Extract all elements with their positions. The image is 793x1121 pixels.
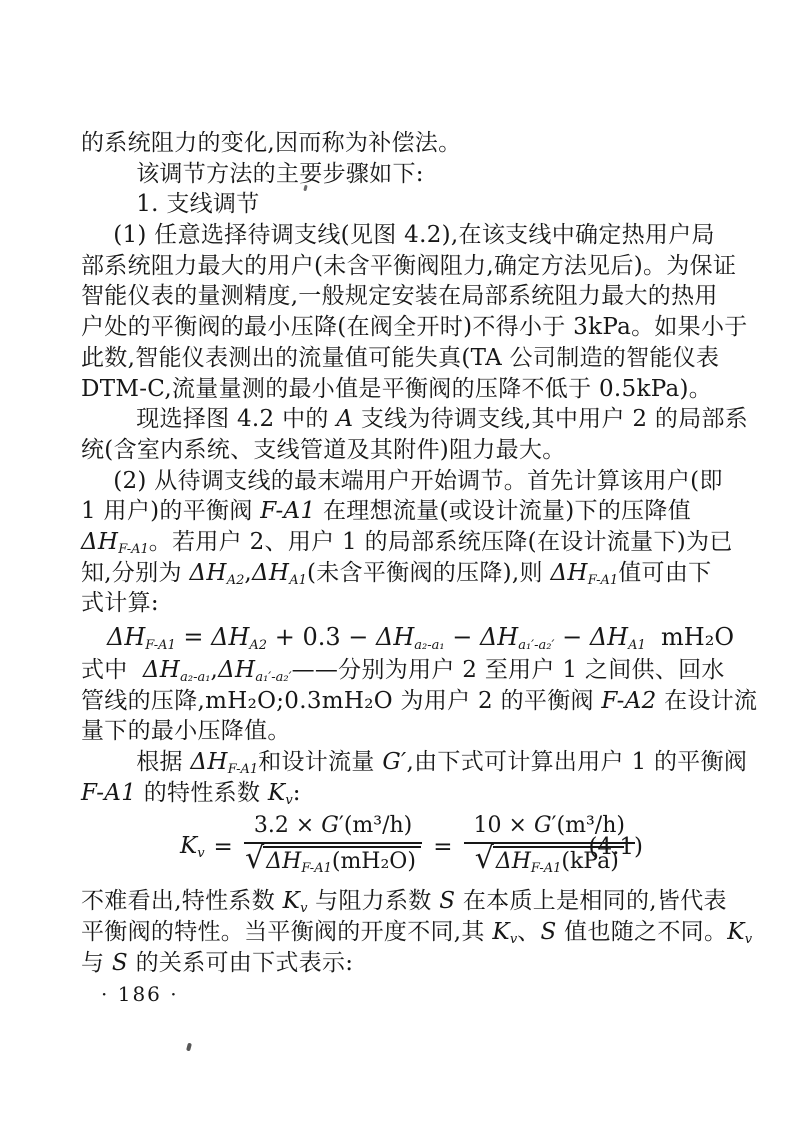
text-segment: ′(m³/h): [339, 813, 412, 838]
text-segment: =: [176, 623, 211, 651]
fraction-mh2o: 3.2 × G′(m³/h) √ ΔHF-A1(mH₂O): [244, 813, 422, 882]
math-variable: F-A2: [601, 688, 656, 714]
text-segment: 平衡阀的特性。当平衡阀的开度不同,其: [81, 919, 492, 945]
math-variable: K: [180, 833, 197, 859]
text-segment: 与阻力系数: [307, 888, 439, 914]
text-segment: 与: [81, 950, 112, 976]
text-segment: + 0.3 −: [267, 623, 376, 651]
math-variable: ΔH: [190, 749, 227, 775]
math-variable: ΔH: [143, 657, 180, 683]
text-segment: 的关系可由下式表示:: [128, 950, 353, 976]
text-line: 的系统阻力的变化,因而称为补偿法。: [81, 128, 721, 159]
scanned-book-page: 的系统阻力的变化,因而称为补偿法。该调节方法的主要步骤如下:1. 支线调节(1)…: [0, 0, 793, 1121]
text-segment: 。若用户 2、用户 1 的局部系统压降(在设计流量下)为已: [149, 529, 733, 555]
math-variable: S: [540, 919, 556, 945]
math-variable: ΔH: [211, 623, 249, 651]
subscript: F-A1: [301, 861, 332, 876]
formula-lhs: Kv: [180, 833, 205, 861]
math-variable: ΔH: [252, 560, 289, 586]
math-variable: ΔH: [496, 849, 531, 874]
subscript: a₁′-a₂′: [255, 670, 291, 685]
text-line: F-A1 的特性系数 Kv:: [81, 778, 721, 809]
radical-sign-icon: √: [245, 846, 264, 872]
text-segment: 式中: [81, 657, 143, 683]
equation-number: (4.1): [588, 834, 643, 860]
subscript: v: [285, 793, 292, 808]
display-equation: ΔHF-A1 = ΔHA2 + 0.3 − ΔHa₂-a₁ − ΔHa₁′-a₂…: [81, 619, 721, 655]
text-line: 该调节方法的主要步骤如下:: [81, 159, 721, 190]
text-segment: −: [445, 623, 480, 651]
math-variable: ΔH: [550, 560, 587, 586]
math-variable: S: [439, 888, 455, 914]
text-segment: 值可由下: [618, 560, 711, 586]
subscript: A1: [289, 573, 307, 588]
math-variable: ΔH: [218, 657, 255, 683]
text-segment: ——分别为用户 2 至用户 1 之间供、回水: [292, 657, 725, 683]
text-line: 管线的压降,mH₂O;0.3mH₂O 为用户 2 的平衡阀 F-A2 在设计流: [81, 686, 721, 717]
text-segment: 值也随之不同。: [557, 919, 728, 945]
formula-4-1: Kv = 3.2 × G′(m³/h) √ ΔHF-A1(mH₂O) = 10 …: [81, 808, 721, 886]
subscript: A1: [628, 638, 646, 653]
text-segment: 统(含室内系统、支线管道及其附件)阻力最大。: [81, 437, 566, 463]
text-segment: −: [554, 623, 589, 651]
text-line: 量下的最小压降值。: [81, 716, 721, 747]
text-segment: 在本质上是相同的,皆代表: [455, 888, 727, 914]
text-segment: DTM-C,流量量测的最小值是平衡阀的压降不低于 0.5kPa)。: [81, 376, 712, 402]
text-segment: 根据: [136, 749, 190, 775]
text-segment: mH₂O: [646, 623, 734, 651]
text-segment: 3.2 ×: [254, 813, 321, 838]
paragraphs-mid: 式中 ΔHa₂-a₁,ΔHa₁′-a₂′——分别为用户 2 至用户 1 之间供、…: [81, 655, 721, 808]
text-line: (2) 从待调支线的最末端用户开始调节。首先计算该用户(即: [81, 466, 721, 497]
subscript: F-A1: [118, 542, 149, 557]
subscript: v: [197, 846, 204, 861]
text-line: 此数,智能仪表测出的流量值可能失真(TA 公司制造的智能仪表: [81, 343, 721, 374]
equals-sign: =: [433, 834, 452, 860]
math-variable: F-A1: [81, 780, 136, 806]
math-variable: K: [268, 780, 285, 806]
math-variable: K: [283, 888, 300, 914]
text-line: 1 用户)的平衡阀 F-A1 在理想流量(或设计流量)下的压降值: [81, 496, 721, 527]
text-segment: :: [293, 780, 301, 806]
fraction-denominator: √ ΔHF-A1(mH₂O): [245, 846, 421, 882]
text-segment: 的系统阻力的变化,因而称为补偿法。: [81, 130, 461, 156]
math-variable: G: [321, 813, 339, 838]
text-line: 根据 ΔHF-A1和设计流量 G′,由下式可计算出用户 1 的平衡阀: [81, 747, 721, 778]
text-line: 平衡阀的特性。当平衡阀的开度不同,其 Kv、S 值也随之不同。Kv: [81, 917, 721, 948]
text-segment: 不难看出,特性系数: [81, 888, 283, 914]
text-line: 与 S 的关系可由下式表示:: [81, 948, 721, 979]
text-line: 统(含室内系统、支线管道及其附件)阻力最大。: [81, 435, 721, 466]
text-segment: (未含平衡阀的压降),则: [307, 560, 550, 586]
subscript: a₂-a₁: [414, 638, 444, 653]
text-segment: ,: [244, 560, 252, 586]
text-segment: 1. 支线调节: [136, 191, 259, 217]
text-segment: ,由下式可计算出用户 1 的平衡阀: [407, 749, 748, 775]
text-segment: 量下的最小压降值。: [81, 718, 291, 744]
text-segment: 现选择图 4.2 中的: [136, 406, 336, 432]
text-line: 智能仪表的量测精度,一般规定安装在局部系统阻力最大的热用: [81, 281, 721, 312]
text-line: 1. 支线调节: [81, 189, 721, 220]
text-segment: 户处的平衡阀的最小压降(在阀全开时)不得小于 3kPa。如果小于: [81, 314, 748, 340]
text-segment: 式计算:: [81, 590, 159, 616]
math-variable: G: [534, 813, 552, 838]
subscript: F-A1: [531, 861, 562, 876]
text-segment: 的特性系数: [136, 780, 268, 806]
scan-speck: [186, 1043, 192, 1052]
math-variable: S: [112, 950, 128, 976]
text-segment: 支线为待调支线,其中用户 2 的局部系: [353, 406, 748, 432]
text-segment: 此数,智能仪表测出的流量值可能失真(TA 公司制造的智能仪表: [81, 345, 719, 371]
subscript: F-A1: [145, 638, 176, 653]
text-segment: 在理想流量(或设计流量)下的压降值: [315, 498, 691, 524]
equals-sign: =: [214, 834, 233, 860]
subscript: A2: [227, 573, 245, 588]
text-line: 户处的平衡阀的最小压降(在阀全开时)不得小于 3kPa。如果小于: [81, 312, 721, 343]
math-variable: F-A1: [260, 498, 315, 524]
math-variable: ΔH: [189, 560, 226, 586]
math-variable: G′: [382, 749, 406, 775]
text-segment: 智能仪表的量测精度,一般规定安装在局部系统阻力最大的热用: [81, 283, 718, 309]
text-segment: 10 ×: [474, 813, 534, 838]
text-line: 知,分别为 ΔHA2,ΔHA1(未含平衡阀的压降),则 ΔHF-A1值可由下: [81, 558, 721, 589]
subscript: F-A1: [588, 573, 619, 588]
text-segment: 1 用户)的平衡阀: [81, 498, 260, 524]
math-variable: ΔH: [266, 849, 301, 874]
math-variable: ΔH: [480, 623, 518, 651]
text-segment: (mH₂O): [332, 849, 416, 874]
text-segment: 管线的压降,mH₂O;0.3mH₂O 为用户 2 的平衡阀: [81, 688, 601, 714]
paragraphs-bottom: 不难看出,特性系数 Kv 与阻力系数 S 在本质上是相同的,皆代表平衡阀的特性。…: [81, 886, 721, 978]
text-segment: ,: [210, 657, 218, 683]
text-block: 的系统阻力的变化,因而称为补偿法。该调节方法的主要步骤如下:1. 支线调节(1)…: [81, 128, 721, 1006]
text-segment: (2) 从待调支线的最末端用户开始调节。首先计算该用户(即: [113, 468, 723, 494]
math-variable: ΔH: [81, 529, 118, 555]
text-line: (1) 任意选择待调支线(见图 4.2),在该支线中确定热用户局: [81, 220, 721, 251]
text-line: ΔHF-A1。若用户 2、用户 1 的局部系统压降(在设计流量下)为已: [81, 527, 721, 558]
radicand: ΔHF-A1(mH₂O): [263, 846, 421, 882]
text-segment: 该调节方法的主要步骤如下:: [136, 161, 424, 187]
text-line: 式计算:: [81, 588, 721, 619]
paragraphs-top: 的系统阻力的变化,因而称为补偿法。该调节方法的主要步骤如下:1. 支线调节(1)…: [81, 128, 721, 619]
math-variable: A: [336, 406, 353, 432]
subscript: a₁′-a₂′: [518, 638, 554, 653]
text-line: 不难看出,特性系数 Kv 与阻力系数 S 在本质上是相同的,皆代表: [81, 886, 721, 917]
text-segment: 知,分别为: [81, 560, 189, 586]
math-variable: ΔH: [590, 623, 628, 651]
subscript: a₂-a₁: [180, 670, 210, 685]
fraction-numerator: 3.2 × G′(m³/h): [244, 813, 422, 844]
math-variable: ΔH: [107, 623, 145, 651]
page-number: · 186 ·: [101, 982, 721, 1006]
text-segment: 、: [517, 919, 540, 945]
text-segment: (1) 任意选择待调支线(见图 4.2),在该支线中确定热用户局: [113, 222, 715, 248]
text-segment: 和设计流量: [258, 749, 382, 775]
math-variable: ΔH: [376, 623, 414, 651]
subscript: F-A1: [228, 762, 259, 777]
math-variable: K: [492, 919, 509, 945]
math-variable: K: [727, 919, 744, 945]
text-line: 现选择图 4.2 中的 A 支线为待调支线,其中用户 2 的局部系: [81, 404, 721, 435]
radical-sign-icon: √: [475, 846, 494, 872]
text-line: DTM-C,流量量测的最小值是平衡阀的压降不低于 0.5kPa)。: [81, 374, 721, 405]
text-segment: 部系统阻力最大的用户(未含平衡阀阻力,确定方法见后)。为保证: [81, 253, 736, 279]
text-segment: 在设计流: [657, 688, 758, 714]
subscript: A2: [249, 638, 267, 653]
text-line: 部系统阻力最大的用户(未含平衡阀阻力,确定方法见后)。为保证: [81, 251, 721, 282]
subscript: v: [745, 932, 752, 947]
text-line: 式中 ΔHa₂-a₁,ΔHa₁′-a₂′——分别为用户 2 至用户 1 之间供、…: [81, 655, 721, 686]
